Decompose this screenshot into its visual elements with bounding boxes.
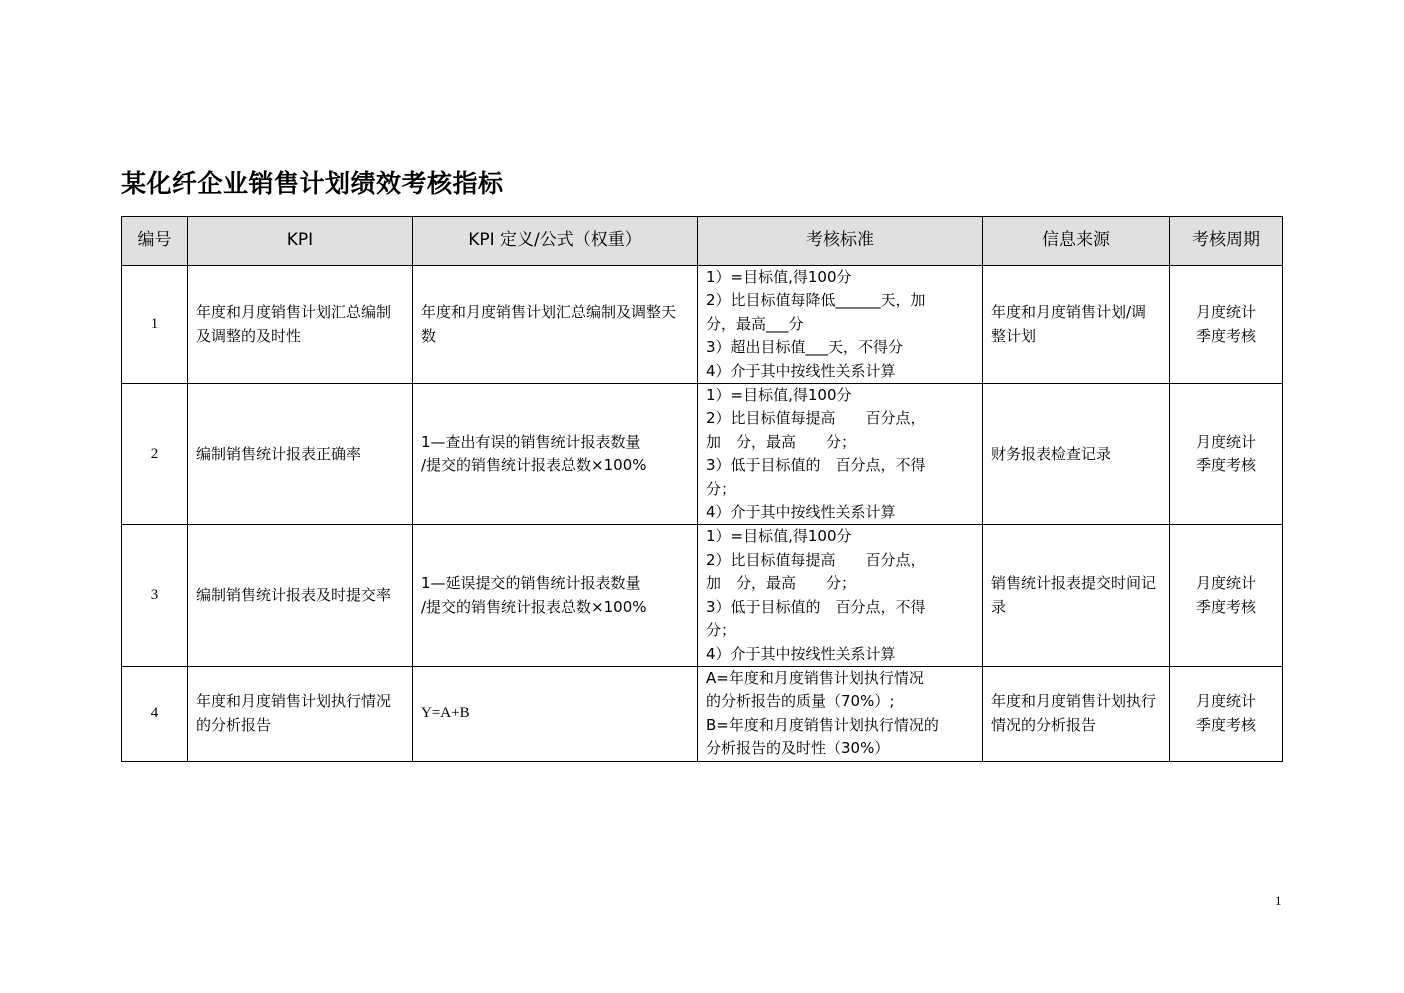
standard-line: 的分析报告的质量（70%）; (706, 690, 974, 713)
header-id: 编号 (122, 217, 188, 266)
standard-line: 分； (706, 619, 974, 642)
row-source: 年度和月度销售计划执行情况的分析报告 (983, 666, 1170, 761)
cycle-line: 季度考核 (1178, 325, 1274, 348)
standard-line: 4）介于其中按线性关系计算 (706, 501, 974, 524)
header-source: 信息来源 (983, 217, 1170, 266)
header-kpi: KPI (188, 217, 413, 266)
cycle-line: 季度考核 (1178, 714, 1274, 737)
standard-line: 分，最高___分 (706, 313, 974, 336)
row-definition: 1—查出有误的销售统计报表数量 /提交的销售统计报表总数×100% (413, 384, 698, 525)
definition-line: 1—延误提交的销售统计报表数量 (421, 572, 689, 595)
definition-line: /提交的销售统计报表总数×100% (421, 596, 689, 619)
standard-line: 3）低于目标值的 百分点，不得 (706, 454, 974, 477)
header-standard: 考核标准 (698, 217, 983, 266)
page-number: 1 (1275, 893, 1282, 909)
cycle-line: 月度统计 (1178, 431, 1274, 454)
standard-line: B=年度和月度销售计划执行情况的 (706, 714, 974, 737)
row-source: 财务报表检查记录 (983, 384, 1170, 525)
row-standard: A=年度和月度销售计划执行情况 的分析报告的质量（70%）; B=年度和月度销售… (698, 666, 983, 761)
row-standard: 1）=目标值,得100分 2）比目标值每提高 百分点， 加 分，最高 分； 3）… (698, 384, 983, 525)
row-cycle: 月度统计 季度考核 (1170, 525, 1283, 666)
table-row: 2 编制销售统计报表正确率 1—查出有误的销售统计报表数量 /提交的销售统计报表… (122, 384, 1283, 525)
table-row: 3 编制销售统计报表及时提交率 1—延误提交的销售统计报表数量 /提交的销售统计… (122, 525, 1283, 666)
standard-line: 加 分，最高 分； (706, 431, 974, 454)
table-header-row: 编号 KPI KPI 定义/公式（权重） 考核标准 信息来源 考核周期 (122, 217, 1283, 266)
standard-line: 4）介于其中按线性关系计算 (706, 643, 974, 666)
header-definition: KPI 定义/公式（权重） (413, 217, 698, 266)
cycle-line: 季度考核 (1178, 454, 1274, 477)
standard-line: 4）介于其中按线性关系计算 (706, 360, 974, 383)
cycle-line: 季度考核 (1178, 596, 1274, 619)
standard-line: 2）比目标值每降低______天，加 (706, 289, 974, 312)
row-cycle: 月度统计 季度考核 (1170, 266, 1283, 384)
standard-line: 1）=目标值,得100分 (706, 525, 974, 548)
cycle-line: 月度统计 (1178, 572, 1274, 595)
table-row: 4 年度和月度销售计划执行情况的分析报告 Y=A+B A=年度和月度销售计划执行… (122, 666, 1283, 761)
row-id: 4 (122, 666, 188, 761)
row-standard: 1）=目标值,得100分 2）比目标值每降低______天，加 分，最高___分… (698, 266, 983, 384)
row-cycle: 月度统计 季度考核 (1170, 666, 1283, 761)
document-title: 某化纤企业销售计划绩效考核指标 (121, 164, 504, 200)
row-definition: Y=A+B (413, 666, 698, 761)
row-source: 销售统计报表提交时间记录 (983, 525, 1170, 666)
row-cycle: 月度统计 季度考核 (1170, 384, 1283, 525)
standard-line: 3）超出目标值___天，不得分 (706, 336, 974, 359)
cycle-line: 月度统计 (1178, 690, 1274, 713)
row-id: 1 (122, 266, 188, 384)
definition-line: /提交的销售统计报表总数×100% (421, 454, 689, 477)
row-kpi: 编制销售统计报表及时提交率 (188, 525, 413, 666)
row-source: 年度和月度销售计划/调整计划 (983, 266, 1170, 384)
table-row: 1 年度和月度销售计划汇总编制及调整的及时性 年度和月度销售计划汇总编制及调整天… (122, 266, 1283, 384)
row-definition: 年度和月度销售计划汇总编制及调整天数 (413, 266, 698, 384)
standard-line: 1）=目标值,得100分 (706, 266, 974, 289)
row-kpi: 年度和月度销售计划汇总编制及调整的及时性 (188, 266, 413, 384)
row-kpi: 年度和月度销售计划执行情况的分析报告 (188, 666, 413, 761)
standard-line: 1）=目标值,得100分 (706, 384, 974, 407)
cycle-line: 月度统计 (1178, 301, 1274, 324)
standard-line: 分； (706, 478, 974, 501)
standard-line: 2）比目标值每提高 百分点， (706, 549, 974, 572)
row-id: 3 (122, 525, 188, 666)
standard-line: 3）低于目标值的 百分点，不得 (706, 596, 974, 619)
standard-line: 加 分，最高 分； (706, 572, 974, 595)
kpi-table: 编号 KPI KPI 定义/公式（权重） 考核标准 信息来源 考核周期 1 年度… (121, 216, 1283, 762)
definition-line: 1—查出有误的销售统计报表数量 (421, 431, 689, 454)
row-kpi: 编制销售统计报表正确率 (188, 384, 413, 525)
row-standard: 1）=目标值,得100分 2）比目标值每提高 百分点， 加 分，最高 分； 3）… (698, 525, 983, 666)
row-definition: 1—延误提交的销售统计报表数量 /提交的销售统计报表总数×100% (413, 525, 698, 666)
row-id: 2 (122, 384, 188, 525)
standard-line: 分析报告的及时性（30%） (706, 737, 974, 760)
standard-line: A=年度和月度销售计划执行情况 (706, 667, 974, 690)
header-cycle: 考核周期 (1170, 217, 1283, 266)
standard-line: 2）比目标值每提高 百分点， (706, 407, 974, 430)
